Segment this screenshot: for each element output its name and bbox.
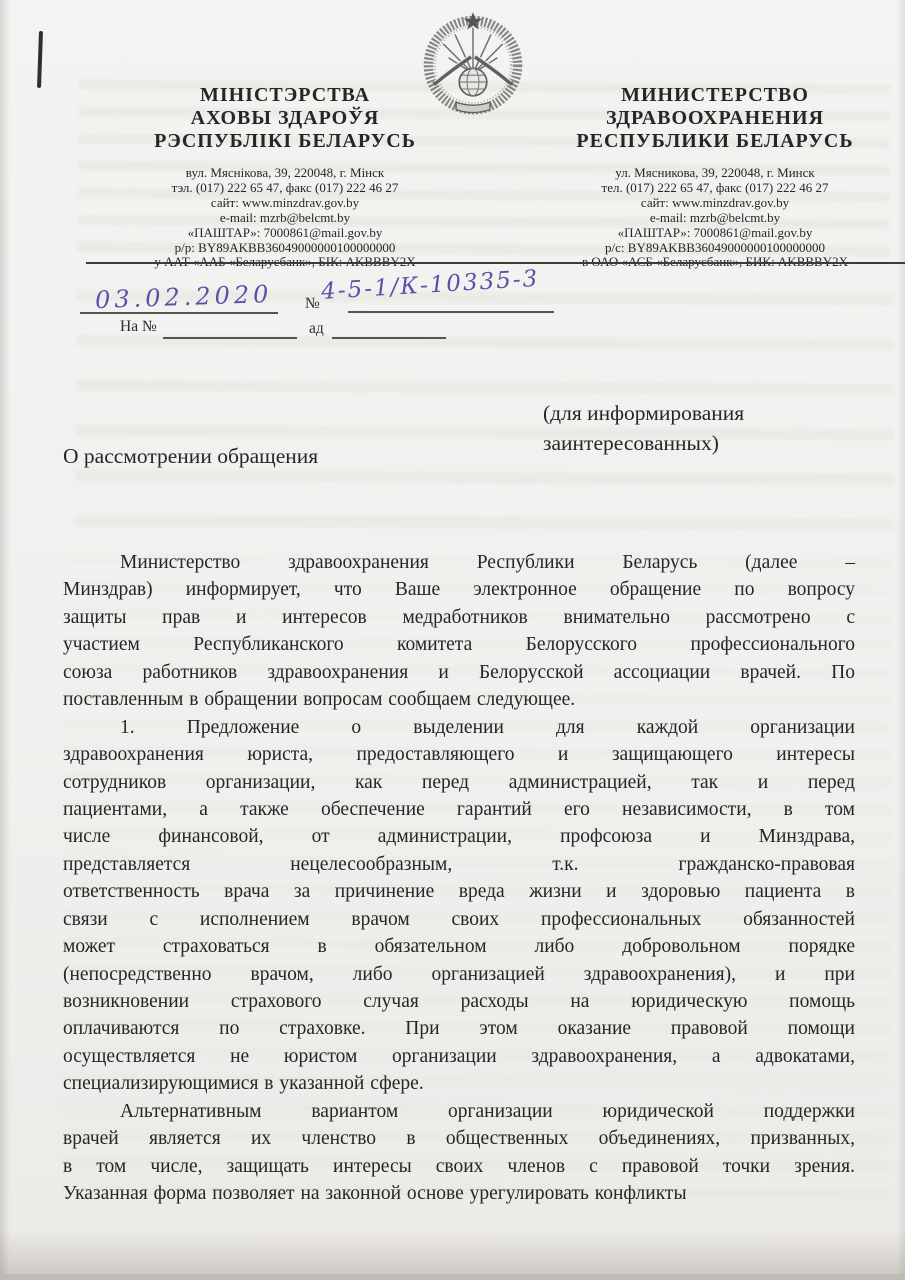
body-line: представляется нецелесообразным, т.к. гр… [63,851,855,878]
body-line: осуществляется не юристом организации зд… [63,1043,855,1070]
body-line: ответственность врача за причинение вред… [63,878,855,905]
handwritten-reference-number: 4-5-1/К-10335-3 [320,266,540,305]
body-line: сотрудников организации, как перед админ… [63,769,855,796]
ministry-header-russian: МИНИСТЕРСТВОЗДРАВООХРАНЕНИЯРЕСПУБЛИКИ БЕ… [525,84,905,270]
org-title-russian: МИНИСТЕРСТВОЗДРАВООХРАНЕНИЯРЕСПУБЛИКИ БЕ… [525,84,905,153]
org-title-line: РЭСПУБЛІКІ БЕЛАРУСЬ [95,130,475,153]
body-line: возникновении страхового случая расходы … [63,988,855,1015]
body-line: 1. Предложение о выделении для каждой ор… [63,714,855,741]
scan-edge-shadow-left [0,0,10,1280]
subject-line: О рассмотрении обращения [63,444,318,469]
org-contact-russian: ул. Мясникова, 39, 220048, г. Минсктел. … [525,166,905,270]
org-contact-belarusian: вул. Мяснікова, 39, 220048, г. Мінсктэл.… [95,166,475,270]
number-sign-label: № [305,295,320,313]
body-line: оплачиваются по страховке. При этом оказ… [63,1015,855,1042]
body-line: связи с исполнением врачом своих професс… [63,906,855,933]
scanned-letter-page: МІНІСТЭРСТВААХОВЫ ЗДАРОЎЯРЭСПУБЛІКІ БЕЛА… [0,0,905,1280]
number-underline [348,311,554,313]
org-title-line: РЕСПУБЛИКИ БЕЛАРУСЬ [525,130,905,153]
body-line: союза работников здравоохранения и Белор… [63,659,855,686]
reply-from-label: ад [309,320,324,338]
ministry-header-belarusian: МІНІСТЭРСТВААХОВЫ ЗДАРОЎЯРЭСПУБЛІКІ БЕЛА… [95,84,475,270]
body-line: пациентами, а также обеспечение гарантий… [63,796,855,823]
body-line: участием Республиканского комитета Белор… [63,631,855,658]
org-contact-line: тэл. (017) 222 65 47, факс (017) 222 46 … [95,181,475,196]
letter-paragraph: Министерство здравоохранения Республики … [63,549,855,714]
org-title-line: АХОВЫ ЗДАРОЎЯ [95,107,475,130]
org-contact-line: сайт: www.minzdrav.gov.by [525,196,905,211]
distribution-note: (для информирования заинтересованных) [543,399,744,458]
body-line: Указанная форма позволяет на законной ос… [63,1180,855,1207]
org-title-line: МІНІСТЭРСТВА [95,84,475,107]
body-line: Альтернативным вариантом организации юри… [63,1098,855,1125]
org-contact-line: «ПАШТАР»: 7000861@mail.gov.by [95,226,475,241]
org-contact-line: ул. Мясникова, 39, 220048, г. Минск [525,166,905,181]
body-line: числе финансовой, от администрации, проф… [63,823,855,850]
org-contact-line: e-mail: mzrb@belcmt.by [95,211,475,226]
org-contact-line: вул. Мяснікова, 39, 220048, г. Мінск [95,166,475,181]
body-line: в том числе, защищать интересы своих чле… [63,1153,855,1180]
handwritten-date: 03.02.2020 [95,280,273,314]
org-contact-line: р/с: BY89AKBB36049000000100000000 [525,241,905,256]
org-title-belarusian: МІНІСТЭРСТВААХОВЫ ЗДАРОЎЯРЭСПУБЛІКІ БЕЛА… [95,84,475,153]
distribution-note-line1: (для информирования [543,399,744,429]
body-line: защиты прав и интересов медработников вн… [63,604,855,631]
org-contact-line: сайт: www.minzdrav.gov.by [95,196,475,211]
body-line: поставленным в обращении вопросам сообща… [63,686,855,713]
org-title-line: ЗДРАВООХРАНЕНИЯ [525,107,905,130]
reply-number-underline [163,337,297,339]
reply-to-label: На № [120,318,157,336]
body-line: специализирующимися в указанной сфере. [63,1070,855,1097]
org-contact-line: e-mail: mzrb@belcmt.by [525,211,905,226]
letter-paragraph: Альтернативным вариантом организации юри… [63,1098,855,1208]
body-line: здравоохранения юриста, предоставляющего… [63,741,855,768]
org-contact-line: тел. (017) 222 65 47, факс (017) 222 46 … [525,181,905,196]
body-line: может страховаться в обязательном либо д… [63,933,855,960]
reply-date-underline [332,337,446,339]
org-title-line: МИНИСТЕРСТВО [525,84,905,107]
bleed-through-ghost [75,290,894,548]
body-line: врачей является их членство в общественн… [63,1125,855,1152]
body-line: Минздрав) информирует, что Ваше электрон… [63,576,855,603]
letter-paragraph: 1. Предложение о выделении для каждой ор… [63,714,855,1098]
body-line: Министерство здравоохранения Республики … [63,549,855,576]
date-underline [80,312,278,314]
org-contact-line: р/р: BY89AKBB36049000000100000000 [95,241,475,256]
letter-body: Министерство здравоохранения Республики … [63,549,855,1208]
pen-stroke-mark [37,31,43,88]
distribution-note-line2: заинтересованных) [543,429,744,459]
scan-edge-shadow-right [897,0,905,1280]
scan-edge-shadow-bottom [0,1274,905,1280]
body-line: (непосредственно врачом, либо организаци… [63,961,855,988]
org-contact-line: «ПАШТАР»: 7000861@mail.gov.by [525,226,905,241]
header-divider [86,262,905,264]
